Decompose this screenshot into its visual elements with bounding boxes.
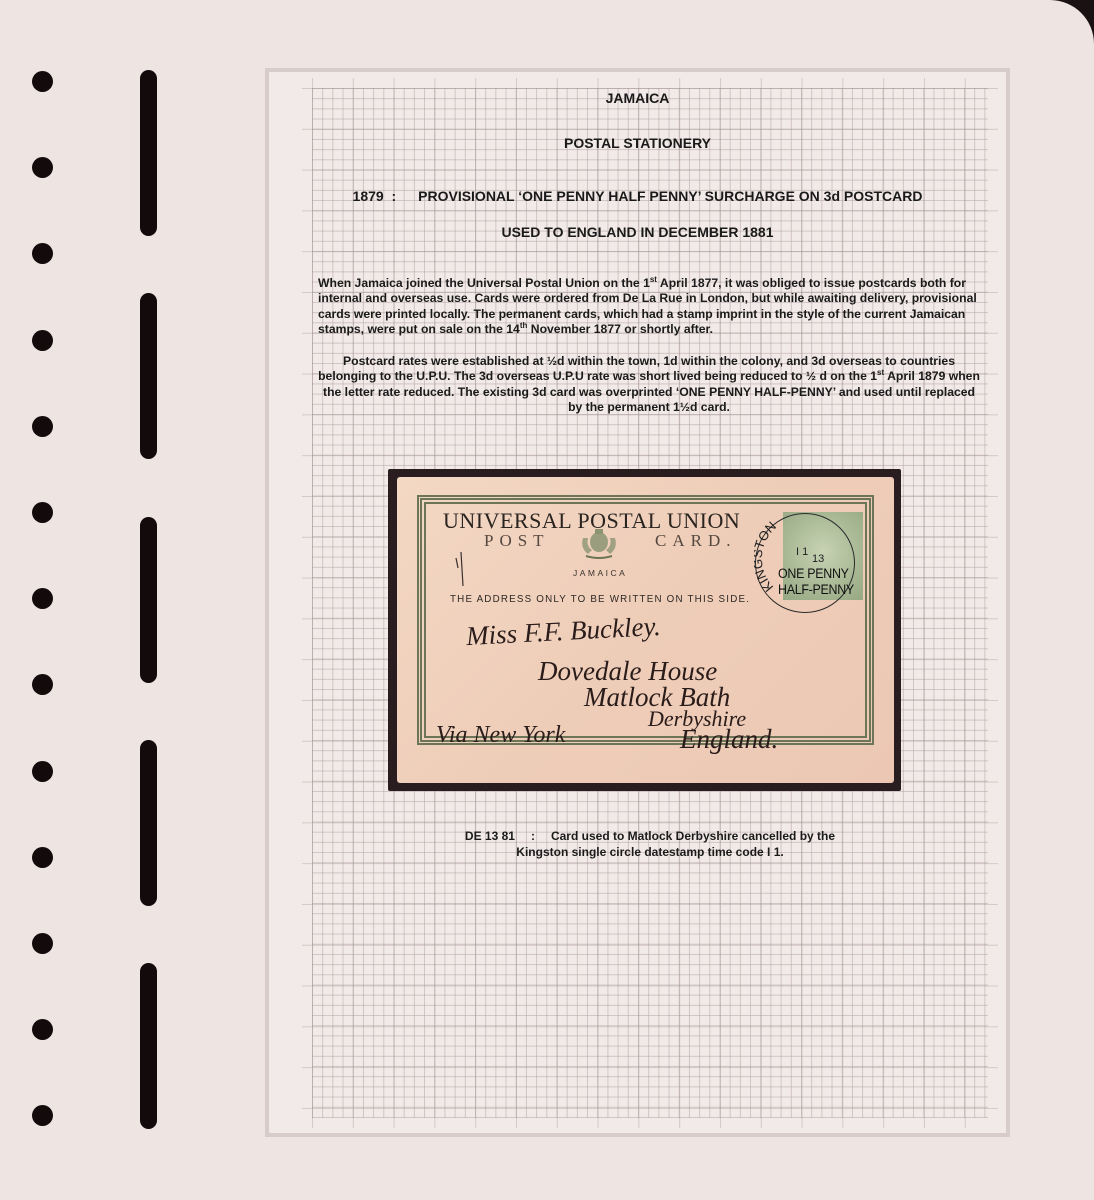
datestamp-text: KINGSTON I 1 13: [754, 512, 854, 612]
usage-heading: USED TO ENGLAND IN DECEMBER 1881: [265, 224, 1010, 240]
handwritten-routing: Via New York: [436, 722, 565, 749]
handwritten-country: England.: [680, 724, 778, 755]
binder-hole: [32, 761, 53, 782]
pencil-mark: [453, 550, 465, 590]
issue-title: PROVISIONAL ‘ONE PENNY HALF PENNY’ SURCH…: [418, 188, 922, 204]
binder-slot: [140, 740, 157, 906]
description-paragraph-1: When Jamaica joined the Universal Postal…: [318, 276, 980, 337]
overprint-line-1: ONE PENNY: [778, 566, 849, 581]
issue-year: 1879 :: [353, 188, 397, 204]
binder-hole: [32, 933, 53, 954]
binder-slot: [140, 517, 157, 683]
svg-text:I 1: I 1: [796, 546, 808, 558]
postcard-country: JAMAICA: [573, 568, 627, 578]
binder-hole: [32, 330, 53, 351]
issue-heading: 1879 :PROVISIONAL ‘ONE PENNY HALF PENNY’…: [265, 188, 1010, 204]
description-paragraph-2: Postcard rates were established at ½d wi…: [318, 354, 980, 415]
binder-watermark: [118, 520, 132, 670]
item-caption: DE 13 81:Card used to Matlock Derbyshire…: [400, 829, 900, 860]
binder-slot: [140, 293, 157, 459]
svg-text:KINGSTON: KINGSTON: [754, 519, 779, 595]
binder-hole: [32, 847, 53, 868]
page-subtitle: POSTAL STATIONERY: [265, 135, 1010, 151]
overprint-line-2: HALF-PENNY: [778, 582, 854, 597]
page-title: JAMAICA: [265, 90, 1010, 106]
caption-line-2: Kingston single circle datestamp time co…: [400, 845, 900, 861]
binder-hole: [32, 502, 53, 523]
binder-hole: [32, 416, 53, 437]
binder-hole: [32, 71, 53, 92]
binder-slot: [140, 70, 157, 236]
postcard-card-label: CARD.: [655, 531, 736, 551]
coat-of-arms-icon: [578, 528, 620, 560]
svg-text:13: 13: [812, 553, 824, 565]
caption-line-1: DE 13 81:Card used to Matlock Derbyshire…: [400, 829, 900, 845]
postcard-instruction: THE ADDRESS ONLY TO BE WRITTEN ON THIS S…: [450, 594, 750, 605]
binder-slot: [140, 963, 157, 1129]
postcard-post-label: POST: [484, 531, 550, 551]
